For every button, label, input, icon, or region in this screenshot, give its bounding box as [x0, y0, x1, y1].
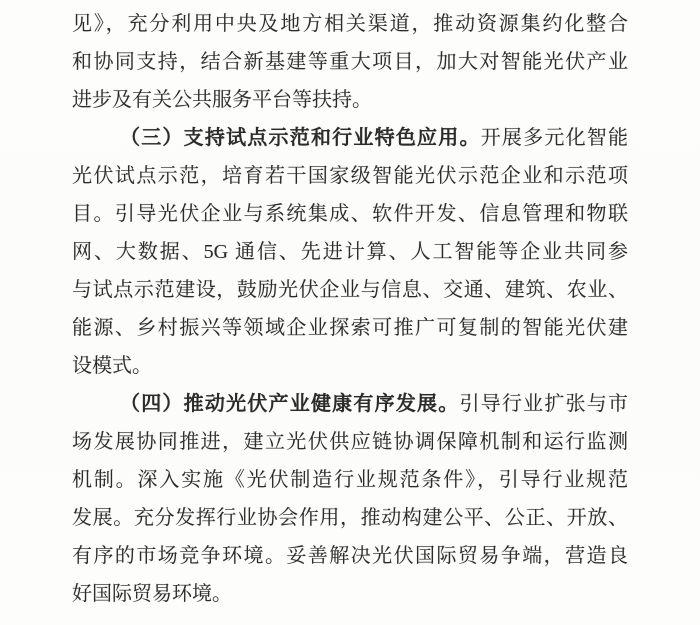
line-text: 见》，充分利用中央及地方相关渠道，推动资源集约化整合: [72, 13, 628, 35]
line-text: 开展多元化智能: [481, 127, 628, 149]
text-line: 能源、乡村振兴等领域企业探索可推广可复制的智能光伏建: [72, 309, 628, 347]
line-text: 光伏试点示范，培育若干国家级智能光伏示范企业和示范项: [72, 165, 628, 187]
text-line: 光伏试点示范，培育若干国家级智能光伏示范企业和示范项: [72, 157, 628, 195]
text-line: 机制。深入实施《光伏制造行业规范条件》，引导行业规范: [72, 461, 628, 499]
text-line: （四）推动光伏产业健康有序发展。引导行业扩张与市: [72, 385, 628, 423]
document-page: 见》，充分利用中央及地方相关渠道，推动资源集约化整合 和协同支持，结合新基建等重…: [0, 0, 700, 625]
line-text: 目。引导光伏企业与系统集成、软件开发、信息管理和物联: [72, 203, 628, 225]
text-line: 发展。充分发挥行业协会作用，推动构建公平、公正、开放、: [72, 499, 628, 537]
line-text: 设模式。: [72, 355, 152, 377]
line-text: 与试点示范建设，鼓励光伏企业与信息、交通、建筑、农业、: [72, 279, 628, 301]
text-line: 有序的市场竞争环境。妥善解决光伏国际贸易争端，营造良: [72, 537, 628, 575]
text-line: 目。引导光伏企业与系统集成、软件开发、信息管理和物联: [72, 195, 628, 233]
paragraph-continuation: 见》，充分利用中央及地方相关渠道，推动资源集约化整合 和协同支持，结合新基建等重…: [72, 5, 628, 119]
text-line: 设模式。: [72, 347, 628, 385]
line-text: 有序的市场竞争环境。妥善解决光伏国际贸易争端，营造良: [72, 545, 628, 567]
section-heading: （三）支持试点示范和行业特色应用。: [120, 127, 481, 149]
line-text: 和协同支持，结合新基建等重大项目，加大对智能光伏产业: [72, 51, 628, 73]
paragraph-section-3: （三）支持试点示范和行业特色应用。开展多元化智能 光伏试点示范，培育若干国家级智…: [72, 119, 628, 385]
line-text: 网、大数据、5G 通信、先进计算、人工智能等企业共同参: [72, 241, 628, 263]
line-text: 进步及有关公共服务平台等扶持。: [72, 89, 372, 111]
text-line: 场发展协同推进，建立光伏供应链协调保障机制和运行监测: [72, 423, 628, 461]
paragraph-section-4: （四）推动光伏产业健康有序发展。引导行业扩张与市 场发展协同推进，建立光伏供应链…: [72, 385, 628, 613]
section-heading: （四）推动光伏产业健康有序发展。: [120, 393, 459, 415]
line-text: 能源、乡村振兴等领域企业探索可推广可复制的智能光伏建: [72, 317, 628, 339]
line-text: 场发展协同推进，建立光伏供应链协调保障机制和运行监测: [72, 431, 628, 453]
text-line: 网、大数据、5G 通信、先进计算、人工智能等企业共同参: [72, 233, 628, 271]
text-line: 进步及有关公共服务平台等扶持。: [72, 81, 628, 119]
line-text: 好国际贸易环境。: [72, 583, 232, 605]
line-text: 发展。充分发挥行业协会作用，推动构建公平、公正、开放、: [72, 507, 628, 529]
text-line: 和协同支持，结合新基建等重大项目，加大对智能光伏产业: [72, 43, 628, 81]
line-text: 引导行业扩张与市: [459, 393, 628, 415]
line-text: 机制。深入实施《光伏制造行业规范条件》，引导行业规范: [72, 469, 628, 491]
text-line: 好国际贸易环境。: [72, 575, 628, 613]
text-line: 见》，充分利用中央及地方相关渠道，推动资源集约化整合: [72, 5, 628, 43]
text-line: （三）支持试点示范和行业特色应用。开展多元化智能: [72, 119, 628, 157]
text-line: 与试点示范建设，鼓励光伏企业与信息、交通、建筑、农业、: [72, 271, 628, 309]
